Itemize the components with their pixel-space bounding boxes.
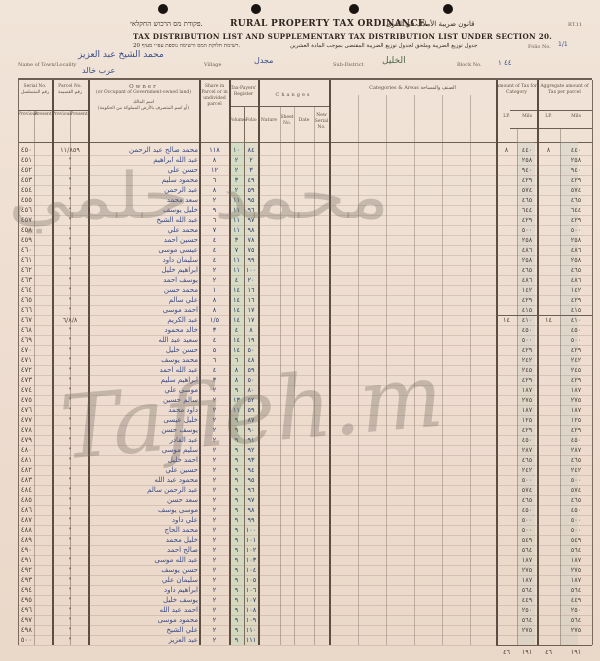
serial-previous: ٤٥٤ [14,186,32,194]
serial-previous: ٤٧٤ [14,386,32,394]
block-value: ٤٤ ١ [498,59,512,67]
header-agg-mils: Mils [560,114,592,120]
register-volume: ٤ [229,276,244,284]
register-volume: ٨ [229,376,244,384]
serial-previous: ٤٦٠ [14,246,32,254]
owner-name: علي داود [118,516,198,524]
serial-previous: ٤٥٣ [14,176,32,184]
share-value: ٣ [200,326,229,334]
row-divider [18,545,592,546]
tax-mils: ٤٢٩ [517,296,537,304]
row-divider [18,205,592,206]
parcel-present: " [52,496,88,504]
serial-previous: ٤٧٢ [14,366,32,374]
tax-mils: ٤٨٦ [517,246,537,254]
form-code: RT.11 [568,22,582,28]
tax-mils: ٤٥٠ [517,326,537,334]
register-volume: ٩ [229,626,244,634]
serial-previous: ٤٦٦ [14,306,32,314]
serial-previous: ٤٧٣ [14,376,32,384]
owner-name: محمود عبد الله [118,476,198,484]
parcel-present: " [52,226,88,234]
serial-previous: ٤٧٥ [14,396,32,404]
register-volume: ٩ [229,446,244,454]
serial-previous: ٤٨٨ [14,526,32,534]
punch-hole [158,4,168,14]
serial-previous: ٤٦١ [14,256,32,264]
share-value: ٢ [200,536,229,544]
register-volume: ١١ [229,266,244,274]
tax-mils: ٤٦٥ [517,456,537,464]
tax-mils: ٤٢٩ [517,426,537,434]
subtitle-english: TAX DISTRIBUTION LIST AND SUPPLEMENTARY … [133,32,552,41]
header-share: Share in Parcel or in undivided parcel [200,84,229,108]
parcel-present: " [52,356,88,364]
tax-mils: ٥٧٤ [517,486,537,494]
register-folio: ٨٧ [244,416,258,424]
serial-previous: ٤٨٦ [14,506,32,514]
register-folio: ٣ [244,166,258,174]
agg-mils: ٤٥٠ [560,436,592,444]
parcel-present: " [52,216,88,224]
agg-mils: ٤١٠ [560,316,592,324]
share-value: ٦ [200,176,229,184]
tax-mils: ١٨٧ [517,406,537,414]
share-value: ٢ [200,496,229,504]
owner-name: سالم حسين [118,396,198,404]
serial-previous: ٤٦٩ [14,336,32,344]
share-value: ٢ [200,276,229,284]
register-volume: ٩ [229,546,244,554]
share-value: ٨ [200,306,229,314]
register-volume: ٩ [229,496,244,504]
owner-name: محمد يوسف [118,356,198,364]
header-serial-previous: Previous [18,112,34,118]
share-value: ٢ [200,466,229,474]
register-folio: ١٧ [244,306,258,314]
header-tax-payers-register: Tax-Payers' Register [229,86,258,98]
block-label: Block No. [457,62,482,68]
agg-mils: ٢٧٥ [560,566,592,574]
serial-previous: ٤٨٠ [14,446,32,454]
parcel-present: " [52,606,88,614]
share-value: ٧ [200,226,229,234]
tax-mils: ٤٨٦ [517,276,537,284]
parcel-present: " [52,156,88,164]
header-rule [18,78,592,80]
parcel-present: " [52,346,88,354]
agg-mils: ٤٢٩ [560,296,592,304]
tax-mils: ٢٧٥ [517,566,537,574]
agg-mils: ١٨٧ [560,576,592,584]
total-tax-mils: ١٩١ [517,648,537,656]
register-folio: ٢٠ [244,276,258,284]
agg-mils: ٤٢٩ [560,176,592,184]
agg-lp: ٨ [537,146,560,154]
owner-name: عبد الرحمن سالم [118,486,198,494]
parcel-present: " [52,286,88,294]
agg-mils: ٤٢٩ [560,376,592,384]
owner-name: عبد الله احمد [118,366,198,374]
register-folio: ٨٤ [244,146,258,154]
register-folio: ١٩ [244,336,258,344]
row-divider [18,475,592,476]
serial-previous: ٤٦٥ [14,296,32,304]
register-folio: ١٠٠ [244,526,258,534]
agg-mils: ٥٦٤ [560,616,592,624]
share-value: ٢ [200,406,229,414]
register-folio: ٨٠ [244,386,258,394]
share-value: ٢ [200,456,229,464]
parcel-present: " [52,176,88,184]
agg-mils: ٢٥٠ [560,606,592,614]
register-volume: ٩ [229,606,244,614]
serial-previous: ٤٩٠ [14,546,32,554]
owner-name: ابراهيم خليل [118,266,198,274]
tax-mils: ٩٤٠ [517,166,537,174]
header-nature: Nature [258,118,280,124]
owner-name: سعد حسن [118,496,198,504]
row-divider [18,435,592,436]
register-volume: ٩ [229,426,244,434]
row-divider [18,355,592,356]
register-folio: ٩٧ [244,496,258,504]
agg-mils: ٥٠٠ [560,226,592,234]
tax-mils: ١٨٧ [517,576,537,584]
row-divider [18,195,592,196]
agg-lp: ١٤ [537,316,560,324]
agg-mils: ٤٨٦ [560,246,592,254]
tax-mils: ٥٦٤ [517,616,537,624]
row-divider [18,345,592,346]
header-serial-no: Serial No. رقم المتسلسل [18,84,52,96]
owner-name: محمود سليم [118,176,198,184]
owner-name: احمد عبد الله [118,606,198,614]
header-tax-lp: LP. [496,114,517,120]
name-value: محمد الشيخ عبد العزيز [78,50,164,60]
row-divider [18,535,592,536]
serial-previous: ٤٩٥ [14,596,32,604]
owner-name: خالد محمود [118,326,198,334]
total-agg-mils: ١٩١ [560,648,592,656]
register-folio: ٢ [244,156,258,164]
register-volume: ١١ [229,206,244,214]
owner-name: حسين احمد [118,236,198,244]
register-volume: ٢ [229,156,244,164]
village-label: Village [204,62,221,68]
tax-mils: ٥٦٤ [517,546,537,554]
title-arabic: قانون ضريبة الأملاك في القرى [386,20,474,28]
register-volume: ٢ [229,186,244,194]
register-volume: ٩ [229,466,244,474]
share-value: ٢ [200,446,229,454]
register-volume: ١١ [229,406,244,414]
tax-mils: ٥٠٠ [517,336,537,344]
header-folio: Folio [244,118,258,124]
owner-name: سليمان علي [118,576,198,584]
amount-sub-rule-2 [510,128,592,129]
tax-mils: ٤٤٠ [517,146,537,154]
parcel-present: " [52,236,88,244]
tax-mils: ١٢٥ [517,416,537,424]
share-value: ٢ [200,546,229,554]
register-volume: ٢ [229,166,244,174]
serial-previous: ٥٠٠ [14,636,32,644]
serial-previous: ٤٦٢ [14,266,32,274]
share-value: ٢ [200,486,229,494]
header-serial-ar: رقم المتسلسل [18,90,52,96]
register-volume: ١١ [229,256,244,264]
share-value: ٢ [200,416,229,424]
parcel-present: " [52,476,88,484]
agg-mils: ٥٤٩ [560,536,592,544]
tax-mils: ٢٤٢ [517,466,537,474]
register-volume: ٦ [229,356,244,364]
village-value: مجدل [254,56,273,65]
parcel-present: " [52,406,88,414]
header-owner-sub: (or Occupant of Government-owned land) [88,90,199,96]
share-value: ٢ [200,266,229,274]
parcel-present: " [52,546,88,554]
parcel-present: " [52,576,88,584]
register-folio: ١١٠ [244,626,258,634]
tax-mils: ١٨٧ [517,556,537,564]
register-folio: ٩٦ [244,486,258,494]
row-divider [18,285,592,286]
serial-previous: ٤٥٥ [14,196,32,204]
serial-previous: ٤٥١ [14,156,32,164]
owner-name: محمد حسن [118,286,198,294]
share-value: ١٢ [200,166,229,174]
parcel-present: " [52,556,88,564]
tax-mils: ٢٤٥ [517,366,537,374]
parcel-present: " [52,276,88,284]
owner-name: محمد الحاج [118,526,198,534]
register-folio: ١٠٣ [244,556,258,564]
agg-mils: ٢٨٧ [560,446,592,454]
name-of-label: Name of Town/Locality [18,62,76,68]
register-folio: ١٠٩ [244,616,258,624]
owner-name: عبد القادر [118,436,198,444]
agg-mils: ٩٤٠ [560,166,592,174]
header-sheet-no: Sheet No. [280,115,294,127]
register-folio: ٥٠ [244,376,258,384]
register-folio: ٤٩ [244,176,258,184]
parcel-present: " [52,376,88,384]
parcel-present: " [52,426,88,434]
tax-mils: ٤٦٥ [517,266,537,274]
register-folio: ٩٩ [244,516,258,524]
header-parcel-no: Parcel No. رقم القسيمة [52,84,88,96]
share-value: ٢ [200,596,229,604]
serial-previous: ٤٥٨ [14,226,32,234]
row-divider [18,395,592,396]
parcel-present: " [52,616,88,624]
row-divider [18,295,592,296]
parcel-present: " [52,506,88,514]
register-volume: ٩ [229,556,244,564]
agg-mils: ٢٤٢ [560,466,592,474]
serial-previous: ٤٧٩ [14,436,32,444]
row-divider [18,275,592,276]
row-divider [18,185,592,186]
serial-previous: ٤٦٣ [14,276,32,284]
register-folio: ١٠٥ [244,576,258,584]
row-divider [18,325,592,326]
register-volume: ٨ [229,366,244,374]
owner-name: احمد خليل [118,456,198,464]
parcel-present: " [52,336,88,344]
serial-previous: ٤٥٧ [14,216,32,224]
agg-mils: ٤٦٥ [560,456,592,464]
parcel-present: " [52,626,88,634]
row-divider [18,575,592,576]
share-value: ١ [200,286,229,294]
parcel-present: " [52,326,88,334]
header-amount-tax: Amount of Tax for Category [496,84,537,96]
register-volume: ٩ [229,506,244,514]
col-border [358,95,359,645]
parcel-present: " [52,516,88,524]
tax-mils: ٢٨٧ [517,446,537,454]
parcel-present: " [52,196,88,204]
register-volume: ٣ [229,236,244,244]
register-volume: ١٤ [229,336,244,344]
row-divider [18,305,592,306]
agg-mils: ٤٤٠ [560,146,592,154]
row-divider [18,625,592,626]
register-folio: ٩٤ [244,466,258,474]
row-divider [18,155,592,156]
owner-name: علي سالم [118,296,198,304]
agg-mils: ٢٥٨ [560,236,592,244]
share-value: ٢ [200,606,229,614]
share-value: ٤ [200,236,229,244]
serial-previous: ٤٧٨ [14,426,32,434]
share-value: ٨ [200,296,229,304]
share-value: ٦ [200,216,229,224]
register-volume: ١٤ [229,346,244,354]
row-divider [18,595,592,596]
register-folio: ٥٩ [244,186,258,194]
owner-name: موسى يوسف [118,506,198,514]
serial-previous: ٤٦٤ [14,286,32,294]
agg-mils: ٤٦٥ [560,196,592,204]
col-border [414,95,415,645]
row-divider [18,445,592,446]
register-volume: ١١ [229,226,244,234]
agg-mils: ١٨٧ [560,556,592,564]
tax-mils: ٥٧٤ [517,186,537,194]
agg-mils: ١٢٥ [560,416,592,424]
col-border [386,95,387,645]
parcel-present: " [52,306,88,314]
parcel-present: " [52,256,88,264]
owner-name: سليمان داود [118,256,198,264]
register-volume: ٩ [229,586,244,594]
register-folio: ٥٢ [244,396,258,404]
register-volume: ١٠ [229,146,244,154]
row-divider [18,215,592,216]
share-value: ٢ [200,566,229,574]
subtotal-rule [496,315,592,316]
parcel-present: " [52,366,88,374]
share-value: ٢ [200,436,229,444]
parcel-present: " [52,296,88,304]
register-folio: ١٠٦ [244,586,258,594]
header-owner: Owner (or Occupant of Government-owned l… [88,84,199,112]
owner-name: موسى علي [118,386,198,394]
sub-district-value: الخليل [382,56,406,66]
serial-previous: ٤٥٦ [14,206,32,214]
register-folio: ٩٩ [244,256,258,264]
register-folio: ٤٨ [244,356,258,364]
share-value: ٢ [200,386,229,394]
parcel-present: " [52,456,88,464]
col-border [470,95,471,645]
row-divider [18,175,592,176]
register-folio: ٨ [244,326,258,334]
serial-previous: ٤٩٤ [14,586,32,594]
tax-mils: ٤٢٩ [517,346,537,354]
tax-mils: ٤١٠ [517,316,537,324]
parcel-present: " [52,596,88,604]
row-divider [18,245,592,246]
owner-name: حسن خليل [118,346,198,354]
share-value: ٤ [200,366,229,374]
register-folio: ٩٥ [244,196,258,204]
register-volume: ٩ [229,486,244,494]
serial-previous: ٤٨٥ [14,496,32,504]
row-divider [18,565,592,566]
header-serial-present: Present [34,112,52,118]
share-value: ٢ [200,506,229,514]
owner-name: خليل محمد [118,536,198,544]
serial-previous: ٤٨٧ [14,516,32,524]
row-divider [18,515,592,516]
register-volume: ٩ [229,536,244,544]
register-folio: ١٦ [244,296,258,304]
serial-previous: ٤٦٨ [14,326,32,334]
agg-mils: ٤٦٥ [560,266,592,274]
tax-mils: ٤٢٩ [517,176,537,184]
serial-previous: ٤٨٢ [14,466,32,474]
tax-mils: ٤٤٩ [517,596,537,604]
tax-mils: ٢٥٠ [517,606,537,614]
header-changes: Changes [258,92,329,98]
header-categories-ar: الصنف والمساحة [420,85,456,91]
share-value: ٨ [200,186,229,194]
register-folio: ٩٦ [244,206,258,214]
share-value: ٢ [200,616,229,624]
agg-mils: ٤٨٦ [560,276,592,284]
row-divider [18,425,592,426]
agg-mils: ٥٦٤ [560,586,592,594]
owner-name: محمد صالح عبد الرحمن [118,146,198,154]
parcel-present: " [52,636,88,644]
share-value: ٢ [200,626,229,634]
owner-name: خليل يوسف [118,206,198,214]
tax-mils: ١٨٧ [517,386,537,394]
parcel-present: " [52,486,88,494]
owner-name: عيسى موسى [118,246,198,254]
owner-name: حسين علي [118,466,198,474]
serial-previous: ٤٩١ [14,556,32,564]
register-folio: ٩٧ [244,216,258,224]
owner-name: محمد علي [118,226,198,234]
tax-mils: ٥٦٤ [517,586,537,594]
tax-mils: ٤٥٠ [517,436,537,444]
